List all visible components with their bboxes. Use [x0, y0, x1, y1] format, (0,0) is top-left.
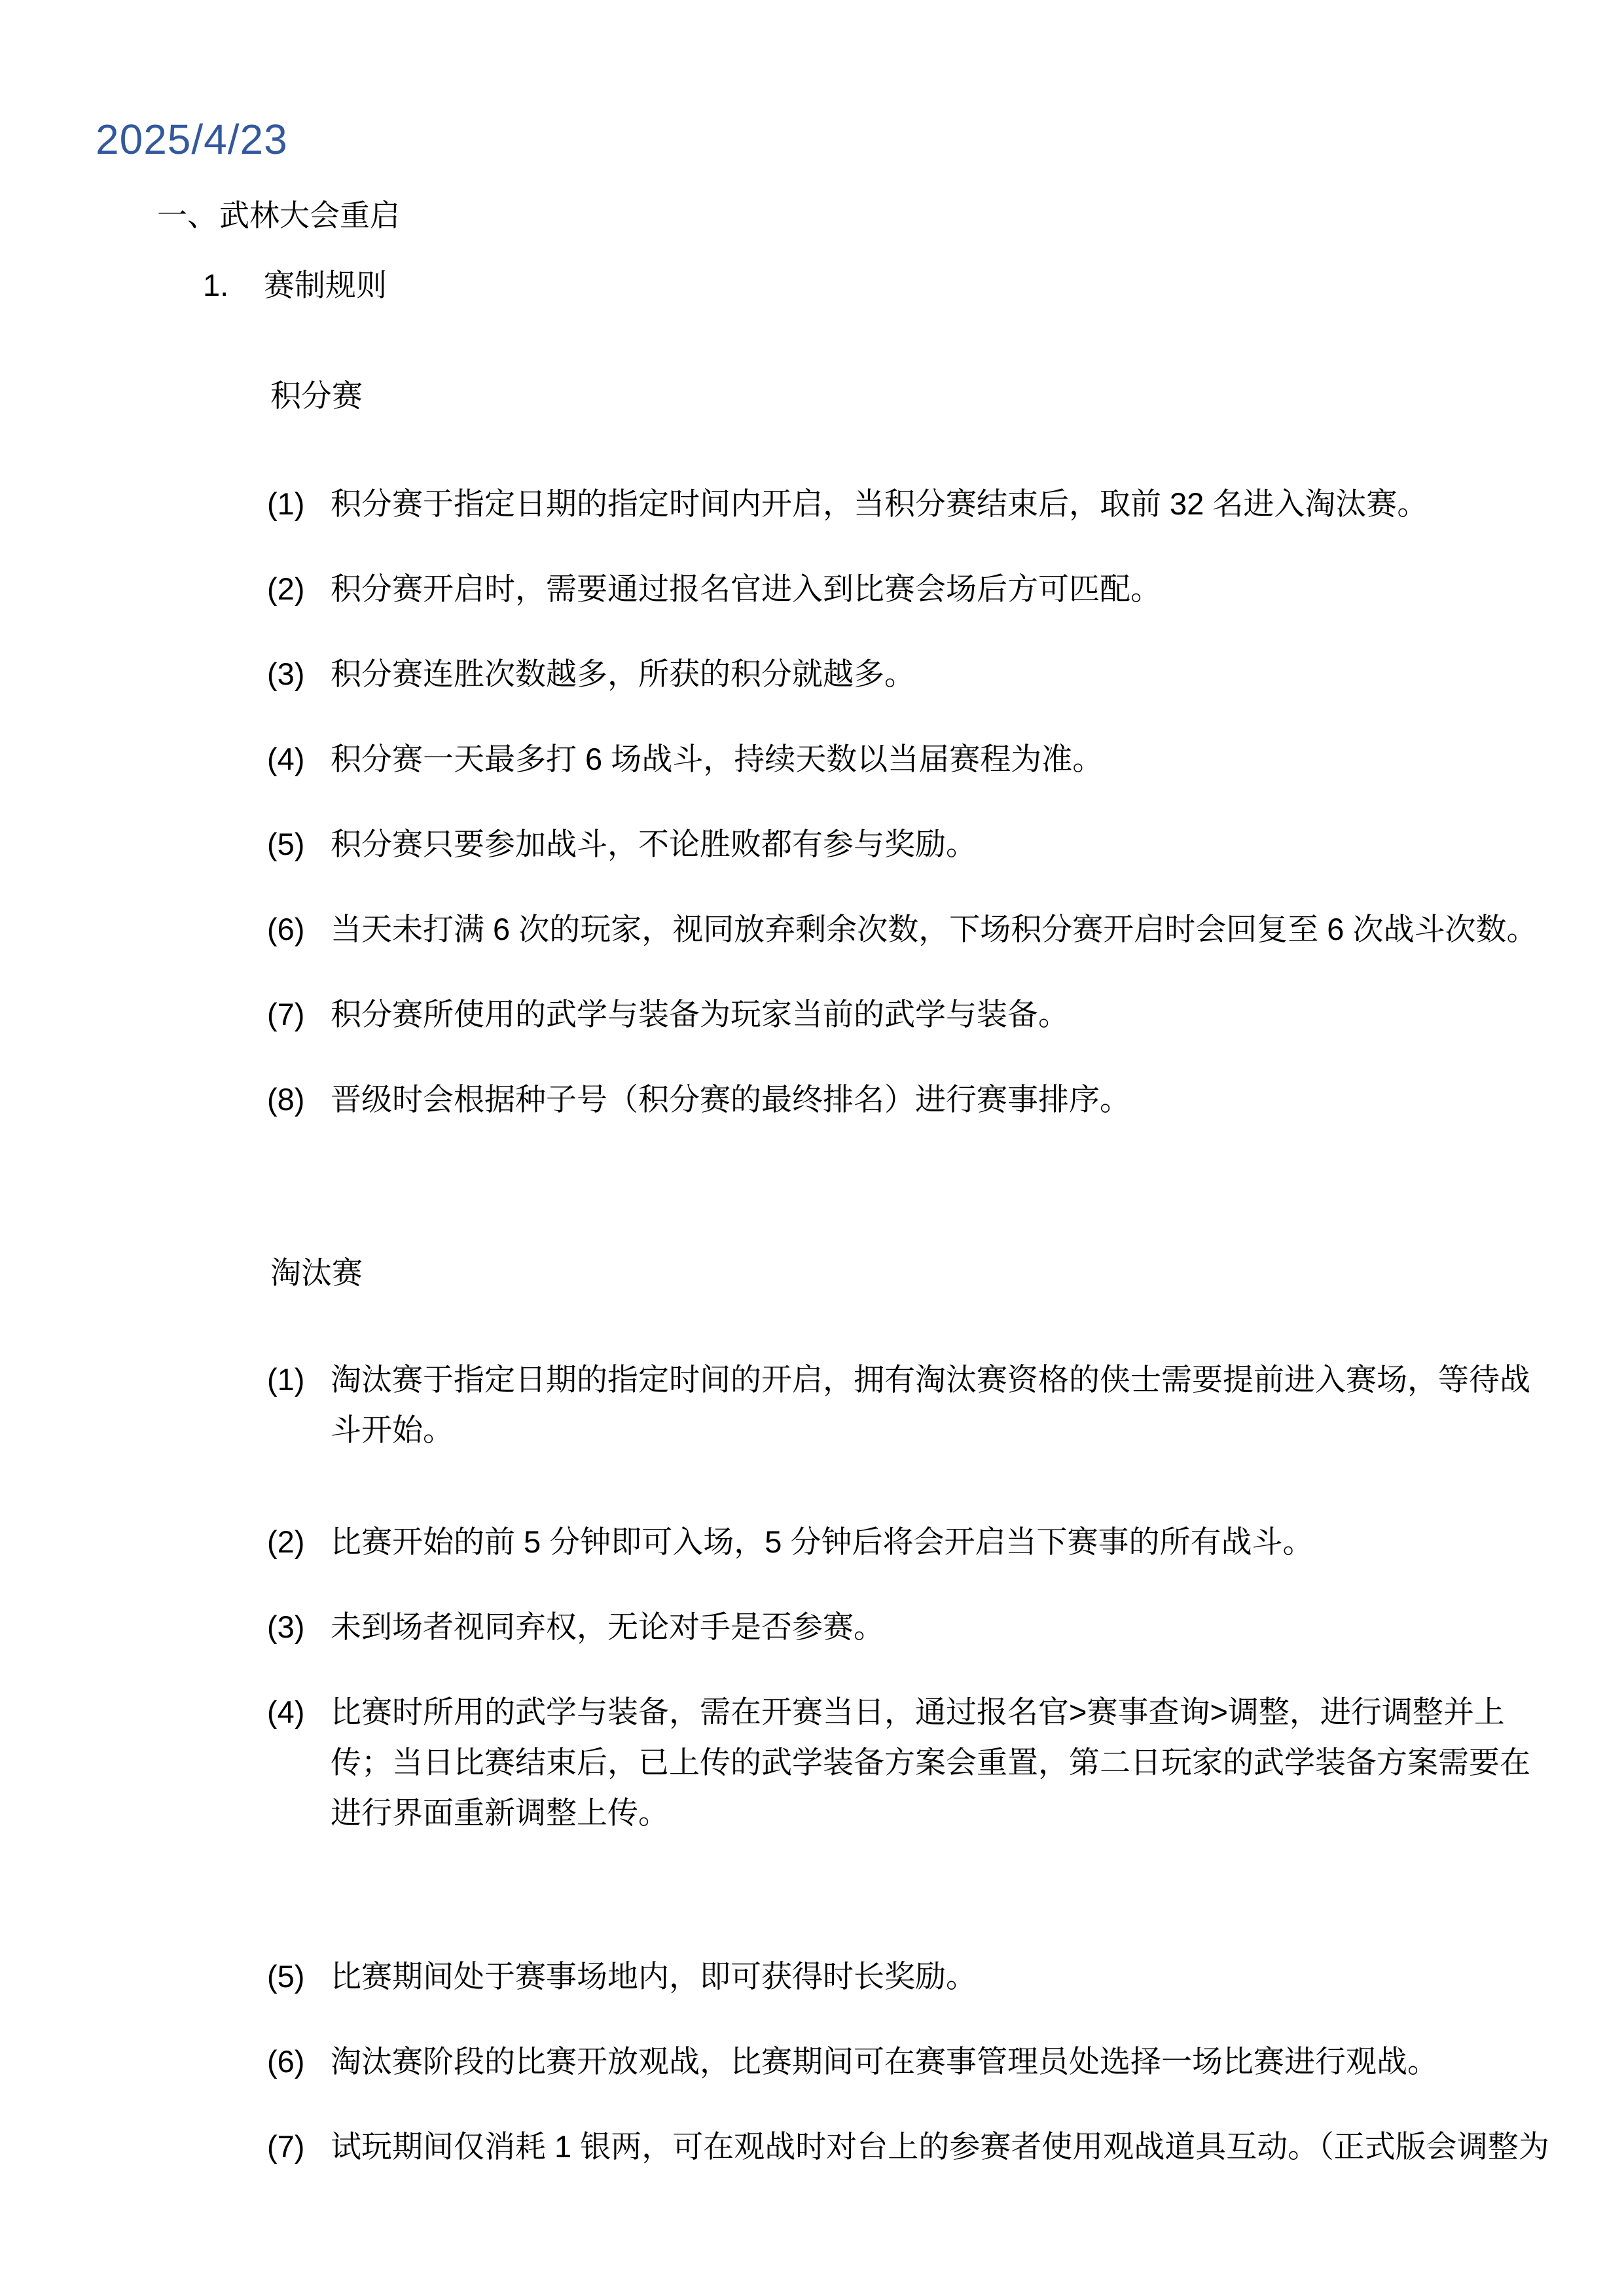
- item-marker: (3): [267, 649, 304, 699]
- knockout-rule-item-1: (1) 淘汰赛于指定日期的指定时间的开启，拥有淘汰赛资格的侠士需要提前进入赛场，…: [267, 1354, 1624, 1455]
- item-marker: (5): [267, 1951, 304, 2001]
- item-text: 比赛期间处于赛事场地内，即可获得时长奖励。: [331, 1951, 1624, 2001]
- subsection-heading: 1.赛制规则: [203, 264, 387, 306]
- item-marker: (1): [267, 1354, 304, 1405]
- section-heading: 一、武林大会重启: [157, 194, 400, 236]
- item-text: 比赛开始的前 5 分钟即可入场，5 分钟后将会开启当下赛事的所有战斗。: [331, 1516, 1624, 1567]
- points-race-title: 积分赛: [270, 370, 363, 421]
- item-text: 积分赛一天最多打 6 场战斗，持续天数以当届赛程为准。: [331, 734, 1624, 784]
- item-marker: (3): [267, 1602, 304, 1652]
- section-heading-number: 一、: [157, 194, 219, 236]
- item-marker: (7): [267, 2121, 304, 2172]
- knockout-rule-item-6: (6) 淘汰赛阶段的比赛开放观战，比赛期间可在赛事管理员处选择一场比赛进行观战。: [267, 2036, 1624, 2087]
- item-marker: (4): [267, 1687, 304, 1737]
- item-text: 积分赛开启时，需要通过报名官进入到比赛会场后方可匹配。: [331, 564, 1624, 614]
- item-marker: (4): [267, 734, 304, 784]
- item-text: 积分赛连胜次数越多，所获的积分就越多。: [331, 649, 1624, 699]
- item-marker: (6): [267, 2036, 304, 2087]
- item-text: 当天未打满 6 次的玩家，视同放弃剩余次数，下场积分赛开启时会回复至 6 次战斗…: [331, 904, 1624, 954]
- item-text: 积分赛所使用的武学与装备为玩家当前的武学与装备。: [331, 989, 1624, 1039]
- item-marker: (2): [267, 564, 304, 614]
- knockout-race-title: 淘汰赛: [270, 1247, 363, 1298]
- knockout-rule-item-2: (2) 比赛开始的前 5 分钟即可入场，5 分钟后将会开启当下赛事的所有战斗。: [267, 1516, 1624, 1567]
- document-date: 2025/4/23: [96, 115, 288, 164]
- item-text: 淘汰赛阶段的比赛开放观战，比赛期间可在赛事管理员处选择一场比赛进行观战。: [331, 2036, 1624, 2087]
- points-rule-item-3: (3) 积分赛连胜次数越多，所获的积分就越多。: [267, 649, 1624, 699]
- item-text: 积分赛于指定日期的指定时间内开启，当积分赛结束后，取前 32 名进入淘汰赛。: [331, 478, 1624, 529]
- item-text: 未到场者视同弃权，无论对手是否参赛。: [331, 1602, 1624, 1652]
- subsection-number: 1.: [203, 264, 264, 306]
- item-text: 比赛时所用的武学与装备，需在开赛当日，通过报名官>赛事查询>调整，进行调整并上 …: [331, 1687, 1624, 1838]
- knockout-rule-item-3: (3) 未到场者视同弃权，无论对手是否参赛。: [267, 1602, 1624, 1652]
- knockout-rule-item-4: (4) 比赛时所用的武学与装备，需在开赛当日，通过报名官>赛事查询>调整，进行调…: [267, 1687, 1624, 1838]
- points-rule-item-8: (8) 晋级时会根据种子号（积分赛的最终排名）进行赛事排序。: [267, 1074, 1624, 1124]
- subsection-title: 赛制规则: [264, 268, 387, 302]
- points-rule-item-4: (4) 积分赛一天最多打 6 场战斗，持续天数以当届赛程为准。: [267, 734, 1624, 784]
- knockout-rule-item-7: (7) 试玩期间仅消耗 1 银两，可在观战时对台上的参赛者使用观战道具互动。（正…: [267, 2121, 1624, 2172]
- item-marker: (1): [267, 478, 304, 529]
- item-text: 晋级时会根据种子号（积分赛的最终排名）进行赛事排序。: [331, 1074, 1624, 1124]
- item-text: 积分赛只要参加战斗，不论胜败都有参与奖励。: [331, 819, 1624, 869]
- document-page: 2025/4/23 一、武林大会重启 1.赛制规则 积分赛 (1) 积分赛于指定…: [0, 0, 1624, 2296]
- section-heading-title: 武林大会重启: [219, 198, 400, 232]
- item-marker: (6): [267, 904, 304, 954]
- item-marker: (7): [267, 989, 304, 1039]
- points-rule-item-5: (5) 积分赛只要参加战斗，不论胜败都有参与奖励。: [267, 819, 1624, 869]
- points-rule-item-2: (2) 积分赛开启时，需要通过报名官进入到比赛会场后方可匹配。: [267, 564, 1624, 614]
- points-rule-item-6: (6) 当天未打满 6 次的玩家，视同放弃剩余次数，下场积分赛开启时会回复至 6…: [267, 904, 1624, 954]
- knockout-rule-item-5: (5) 比赛期间处于赛事场地内，即可获得时长奖励。: [267, 1951, 1624, 2001]
- item-text: 试玩期间仅消耗 1 银两，可在观战时对台上的参赛者使用观战道具互动。（正式版会调…: [331, 2121, 1624, 2172]
- item-marker: (2): [267, 1516, 304, 1567]
- points-rule-item-7: (7) 积分赛所使用的武学与装备为玩家当前的武学与装备。: [267, 989, 1624, 1039]
- item-marker: (8): [267, 1074, 304, 1124]
- item-marker: (5): [267, 819, 304, 869]
- points-rule-item-1: (1) 积分赛于指定日期的指定时间内开启，当积分赛结束后，取前 32 名进入淘汰…: [267, 478, 1624, 529]
- item-text: 淘汰赛于指定日期的指定时间的开启，拥有淘汰赛资格的侠士需要提前进入赛场，等待战 …: [331, 1354, 1624, 1455]
